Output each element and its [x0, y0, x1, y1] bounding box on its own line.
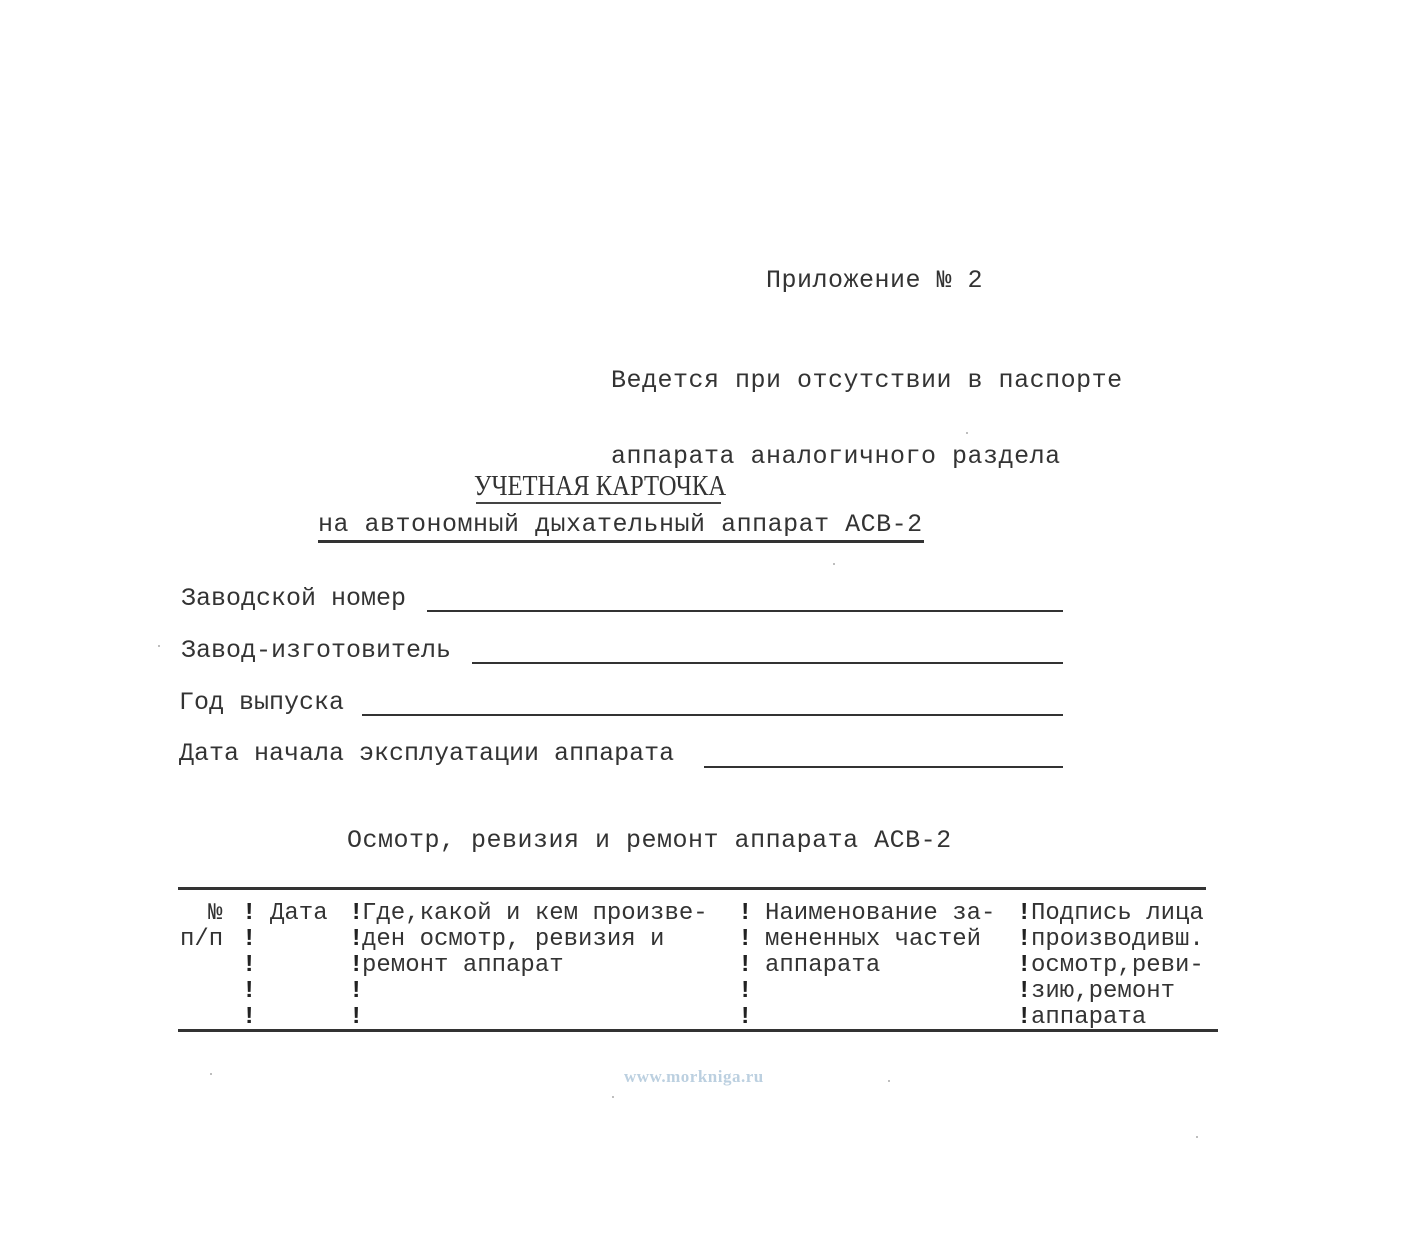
- card-title-underline: [476, 502, 721, 504]
- col-header-number-symbol: №: [208, 901, 222, 927]
- col-header-replaced-parts-line: мененных частей: [765, 927, 981, 953]
- col-header-signature-line: аппарата: [1031, 1005, 1146, 1031]
- field-input-manufacturer[interactable]: [472, 662, 1063, 664]
- column-separator: ! ! ! ! !: [738, 901, 752, 1031]
- field-label-manufacturer: Завод-изготовитель: [181, 638, 451, 663]
- col-header-replaced-parts-line: аппарата: [765, 953, 880, 979]
- card-subtitle: на автономный дыхательный аппарат АСВ-2: [318, 512, 923, 537]
- table-top-rule: [178, 887, 1206, 890]
- field-input-year[interactable]: [362, 714, 1063, 716]
- section-heading: Осмотр, ревизия и ремонт аппарата АСВ-2: [347, 828, 952, 853]
- col-header-number-pp: п/п: [180, 927, 223, 953]
- scan-speck: [833, 563, 835, 565]
- col-header-where-who-line: Где,какой и кем произве-: [362, 901, 708, 927]
- col-header-date: Дата: [270, 901, 328, 927]
- card-title: УЧЕТНАЯ КАРТОЧКА: [474, 474, 726, 499]
- col-header-signature-line: Подпись лица: [1031, 901, 1204, 927]
- usage-note: Ведется при отсутствии в паспорте аппара…: [611, 318, 1123, 495]
- col-header-where-who-line: ден осмотр, ревизия и: [362, 927, 664, 953]
- scan-speck: [888, 1080, 890, 1082]
- field-input-serial-number[interactable]: [427, 610, 1063, 612]
- field-label-serial-number: Заводской номер: [181, 586, 406, 611]
- scan-speck: [612, 1096, 614, 1098]
- col-header-where-who-line: ремонт аппарат: [362, 953, 564, 979]
- scan-speck: [210, 1073, 212, 1075]
- field-label-start-date: Дата начала эксплуатации аппарата: [179, 741, 674, 766]
- usage-note-line-2: аппарата аналогичного раздела: [611, 444, 1123, 470]
- scan-speck: [158, 645, 160, 647]
- appendix-label: Приложение № 2: [766, 268, 983, 293]
- column-separator: ! ! ! ! !: [1017, 901, 1031, 1031]
- watermark: www.morkniga.ru: [624, 1067, 764, 1087]
- col-header-replaced-parts-line: Наименование за-: [765, 901, 995, 927]
- col-header-signature-line: производивш.: [1031, 927, 1204, 953]
- table-bottom-rule: [178, 1029, 1218, 1032]
- scan-speck: [1196, 1136, 1198, 1138]
- scan-speck: [966, 432, 968, 434]
- card-subtitle-underline: [318, 540, 924, 543]
- col-header-signature-line: осмотр,реви-: [1031, 953, 1204, 979]
- column-separator: ! ! ! ! !: [242, 901, 256, 1031]
- usage-note-line-1: Ведется при отсутствии в паспорте: [611, 368, 1123, 394]
- field-input-start-date[interactable]: [704, 766, 1063, 768]
- col-header-signature-line: зию,ремонт: [1031, 979, 1175, 1005]
- field-label-year: Год выпуска: [179, 690, 344, 715]
